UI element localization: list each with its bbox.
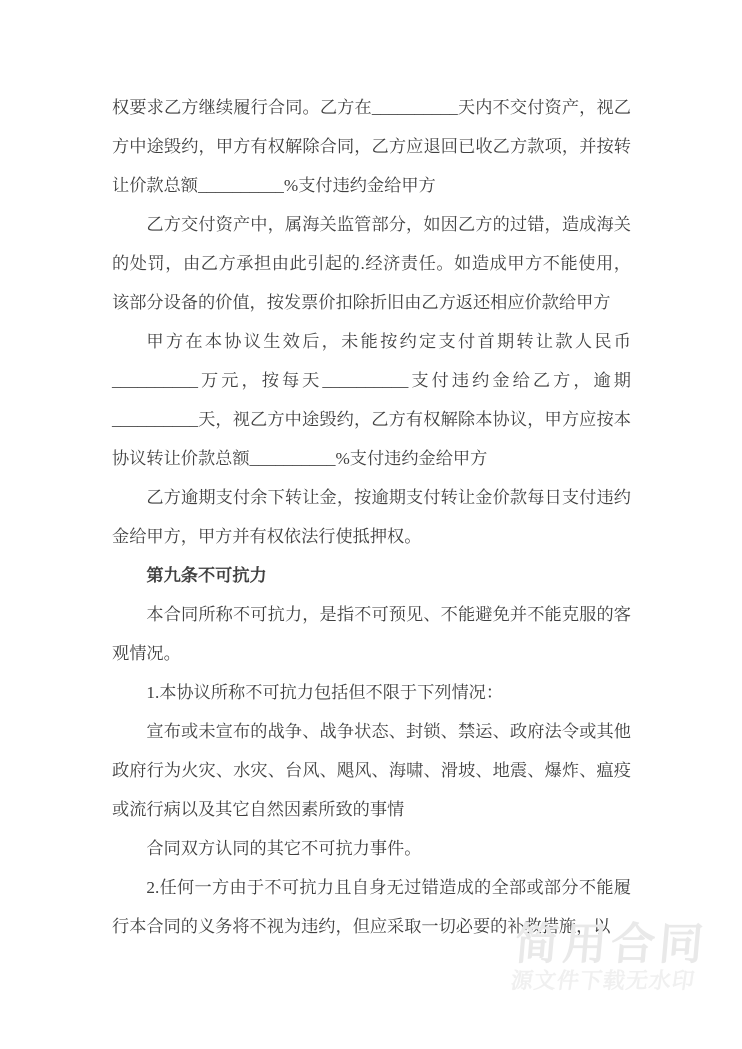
clause-paragraph-overdue: 乙方逾期支付余下转让金，按逾期支付转让金价款每日支付违约金给甲方，甲方并有权依法…: [112, 478, 631, 556]
clause-paragraph-other-events: 合同双方认同的其它不可抗力事件。: [112, 829, 631, 868]
watermark-brand-text: 简用合同: [513, 923, 709, 967]
watermark-tagline-text: 源文件下载无水印: [509, 970, 696, 992]
contract-body: 权要求乙方继续履行合同。乙方在__________天内不交付资产，视乙方中途毁约…: [112, 88, 631, 946]
section-heading-article-9: 第九条不可抗力: [112, 556, 631, 595]
contract-page: 权要求乙方继续履行合同。乙方在__________天内不交付资产，视乙方中途毁约…: [0, 0, 742, 1049]
clause-paragraph-events-list: 宣布或未宣布的战争、战争状态、封锁、禁运、政府法令或其他政府行为火灾、水灾、台风…: [112, 712, 631, 829]
clause-paragraph-force-majeure-definition: 本合同所称不可抗力，是指不可预见、不能避免并不能克服的客观情况。: [112, 595, 631, 673]
clause-paragraph-first-payment: 甲方在本协议生效后，未能按约定支付首期转让款人民币__________万元，按每…: [112, 322, 631, 478]
clause-paragraph-continuation: 权要求乙方继续履行合同。乙方在__________天内不交付资产，视乙方中途毁约…: [112, 88, 631, 205]
list-item-1: 1.本协议所称不可抗力包括但不限于下列情况：: [112, 673, 631, 712]
clause-paragraph-customs: 乙方交付资产中，属海关监管部分，如因乙方的过错，造成海关的处罚，由乙方承担由此引…: [112, 205, 631, 322]
